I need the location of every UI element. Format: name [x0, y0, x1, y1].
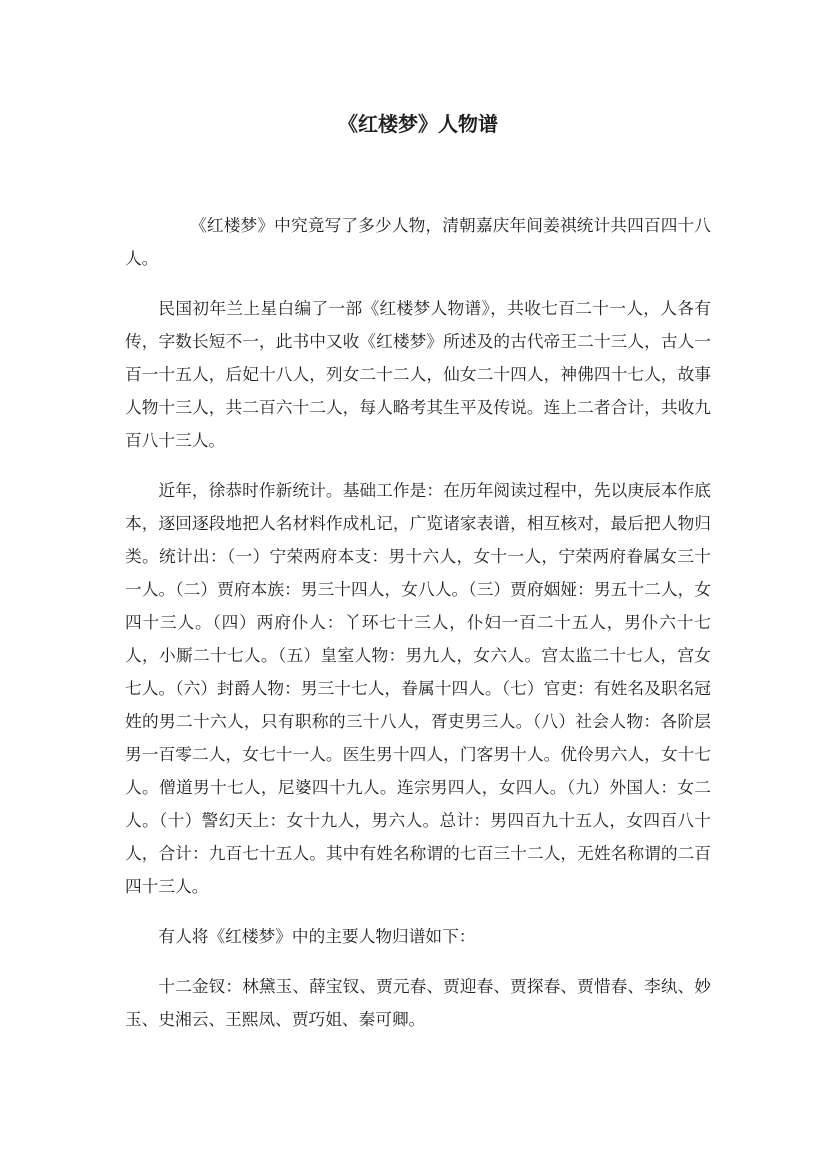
paragraph-2: 民国初年兰上星白编了一部《红楼梦人物谱》，共收七百二十一人，人各有传，字数长短不… — [125, 292, 711, 457]
document-content: 《红楼梦》人物谱 《红楼梦》中究竟写了多少人物，清朝嘉庆年间姜祺统计共四百四十八… — [125, 0, 711, 1036]
document-page: 《红楼梦》人物谱 《红楼梦》中究竟写了多少人物，清朝嘉庆年间姜祺统计共四百四十八… — [0, 0, 826, 1169]
paragraph-5: 十二金钗：林黛玉、薛宝钗、贾元春、贾迎春、贾探春、贾惜春、李纨、妙玉、史湘云、王… — [125, 970, 711, 1036]
paragraph-1: 《红楼梦》中究竟写了多少人物，清朝嘉庆年间姜祺统计共四百四十八人。 — [125, 209, 711, 275]
paragraph-4: 有人将《红楼梦》中的主要人物归谱如下： — [125, 920, 711, 953]
document-body: 《红楼梦》中究竟写了多少人物，清朝嘉庆年间姜祺统计共四百四十八人。民国初年兰上星… — [125, 209, 711, 1036]
paragraph-3: 近年，徐恭时作新统计。基础工作是：在历年阅读过程中，先以庚辰本作底本，逐回逐段地… — [125, 474, 711, 903]
document-title: 《红楼梦》人物谱 — [125, 109, 711, 142]
